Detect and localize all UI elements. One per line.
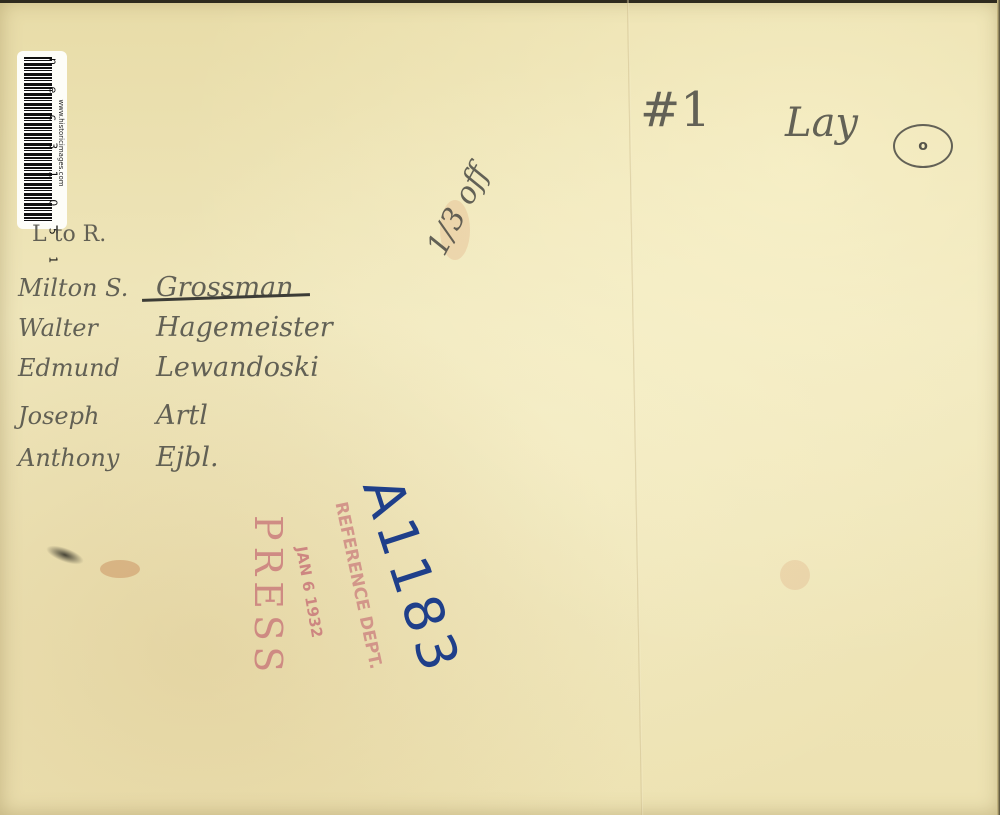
stain: [100, 560, 140, 578]
stamp-date: JAN 6 1932: [292, 545, 326, 639]
caption-header: L to R.: [32, 222, 106, 247]
circled-mark-text: o: [918, 138, 928, 154]
caption-name-row: WalterHagemeister: [18, 312, 333, 343]
barcode-label: n e c 3 1 0 5 1 www.historicimages.com: [17, 51, 67, 229]
last-name: Hagemeister: [156, 312, 333, 343]
first-name: Walter: [18, 314, 156, 342]
circled-mark: o: [893, 124, 953, 168]
first-name: Edmund: [18, 354, 156, 382]
press-stamp: PRESS: [246, 515, 290, 678]
pencil-smudge: [44, 542, 86, 569]
first-name: Joseph: [18, 402, 156, 430]
first-name: Anthony: [18, 444, 156, 472]
top-edge: [0, 0, 1000, 3]
caption-name-row: EdmundLewandoski: [18, 352, 319, 383]
fraction-note: 1/3 off: [420, 159, 497, 261]
barcode-url: www.historicimages.com: [57, 58, 65, 228]
last-name: Lewandoski: [156, 352, 319, 383]
caption-name-row: AnthonyEjbl.: [18, 442, 219, 473]
number-note: #1: [640, 82, 711, 138]
photo-back-sheet: n e c 3 1 0 5 1 www.historicimages.com L…: [0, 0, 1000, 815]
stain: [780, 560, 810, 590]
last-name: Ejbl.: [156, 442, 219, 473]
caption-name-row: JosephArtl: [18, 400, 208, 431]
first-name: Milton S.: [18, 274, 156, 302]
layout-note: Lay: [785, 100, 858, 146]
last-name: Artl: [156, 400, 208, 431]
